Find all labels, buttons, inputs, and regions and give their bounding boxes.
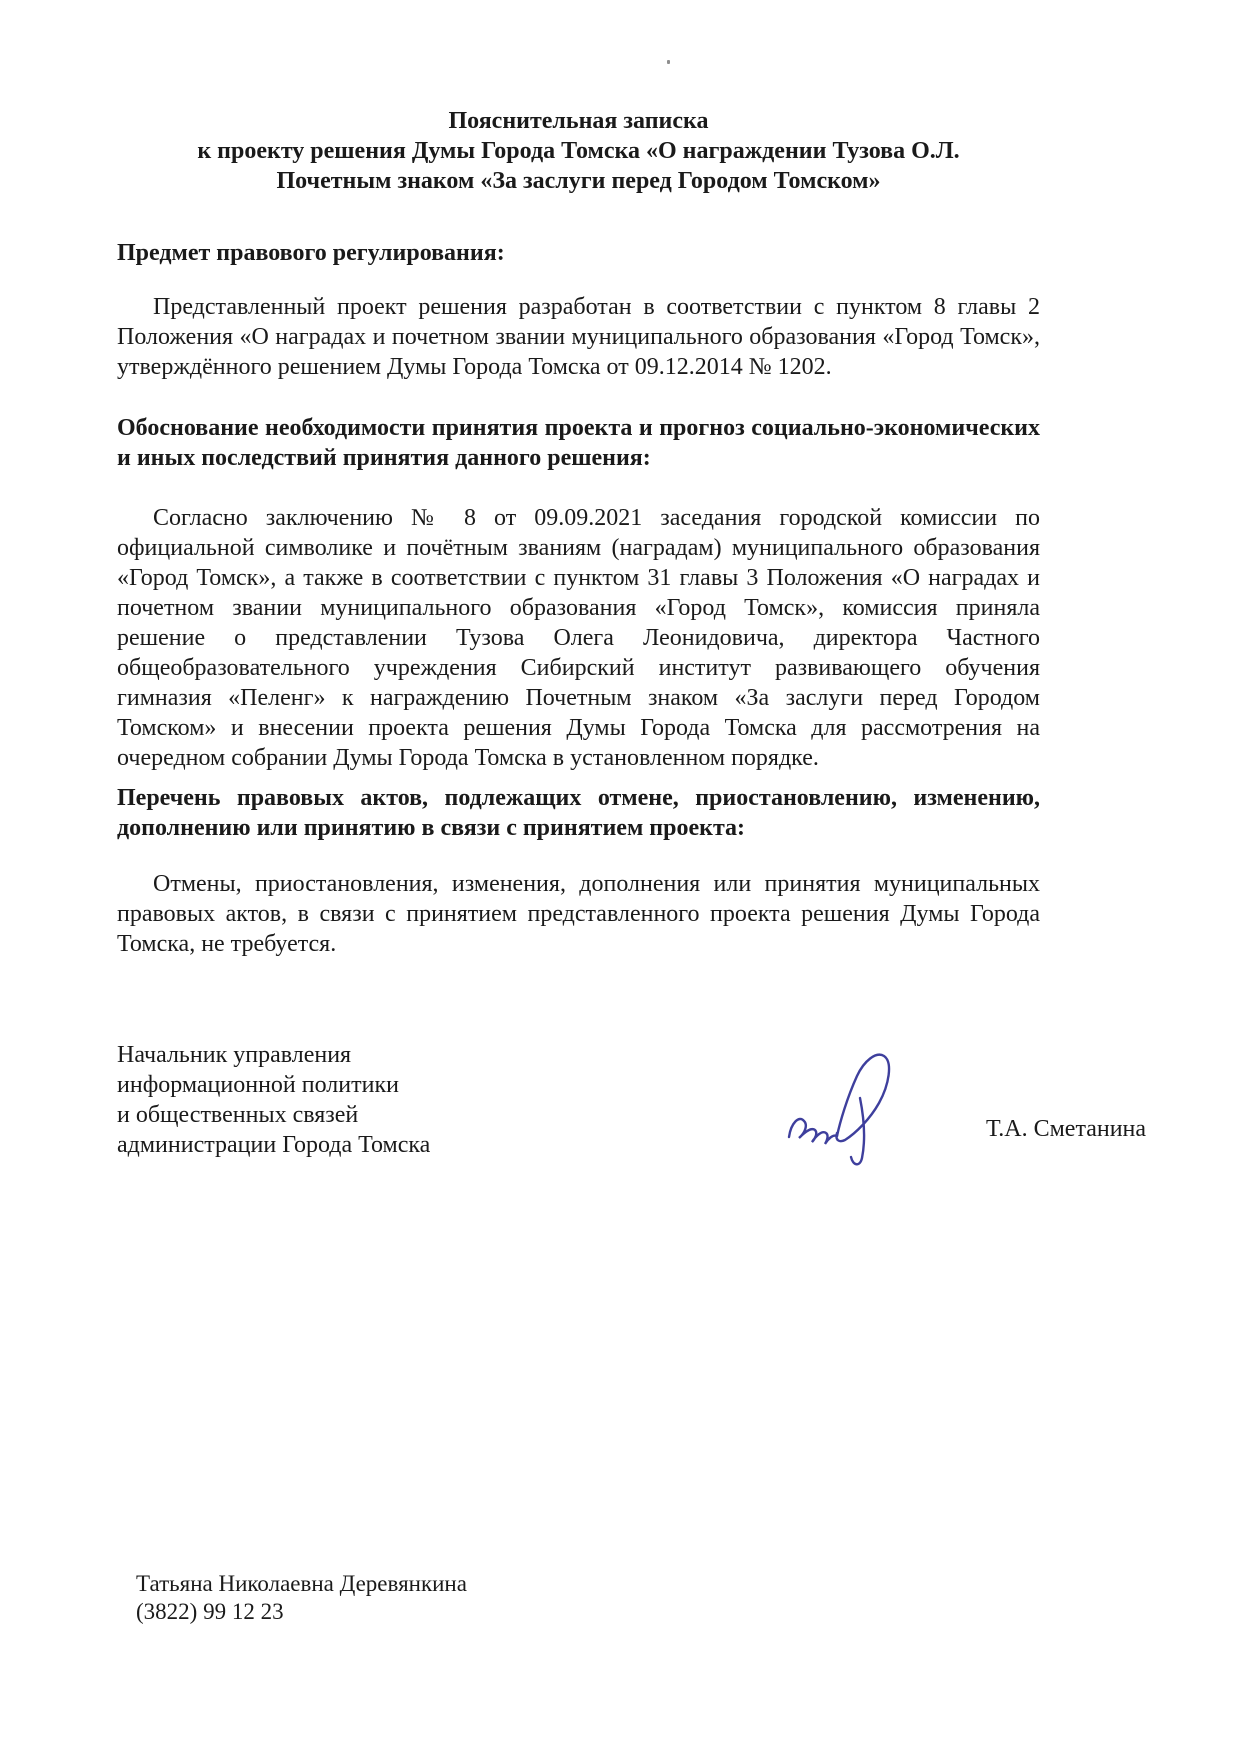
signer-position-block: Начальник управления информационной поли… (117, 1040, 430, 1160)
title-line-3: Почетным знаком «За заслуги перед Городо… (117, 166, 1040, 196)
contact-phone: (3822) 99 12 23 (136, 1598, 467, 1626)
document-title: Пояснительная записка к проекту решения … (117, 106, 1040, 196)
heading-acts-list: Перечень правовых актов, подлежащих отме… (117, 783, 1040, 843)
handwritten-signature (780, 1040, 935, 1172)
document-body: Пояснительная записка к проекту решения … (117, 106, 1040, 959)
heading-justification: Обоснование необходимости принятия проек… (117, 413, 1040, 473)
paragraph-justification: Согласно заключению № 8 от 09.09.2021 за… (117, 503, 1040, 773)
paragraph-acts-list: Отмены, приостановления, изменения, допо… (117, 869, 1040, 959)
paragraph-subject-of-regulation: Представленный проект решения разработан… (117, 292, 1040, 382)
signer-position-line-2: информационной политики (117, 1070, 430, 1100)
signer-position-line-4: администрации Города Томска (117, 1130, 430, 1160)
scan-artifact-dot (667, 60, 670, 64)
signer-name: Т.А. Сметанина (986, 1114, 1146, 1144)
title-line-1: Пояснительная записка (117, 106, 1040, 136)
signer-position-line-3: и общественных связей (117, 1100, 430, 1130)
signer-position-line-1: Начальник управления (117, 1040, 430, 1070)
scanned-document-page: Пояснительная записка к проекту решения … (0, 0, 1240, 1753)
title-line-2: к проекту решения Думы Города Томска «О … (117, 136, 1040, 166)
contact-name: Татьяна Николаевна Деревянкина (136, 1570, 467, 1598)
contact-block: Татьяна Николаевна Деревянкина (3822) 99… (136, 1570, 467, 1626)
heading-subject-of-regulation: Предмет правового регулирования: (117, 238, 1040, 268)
